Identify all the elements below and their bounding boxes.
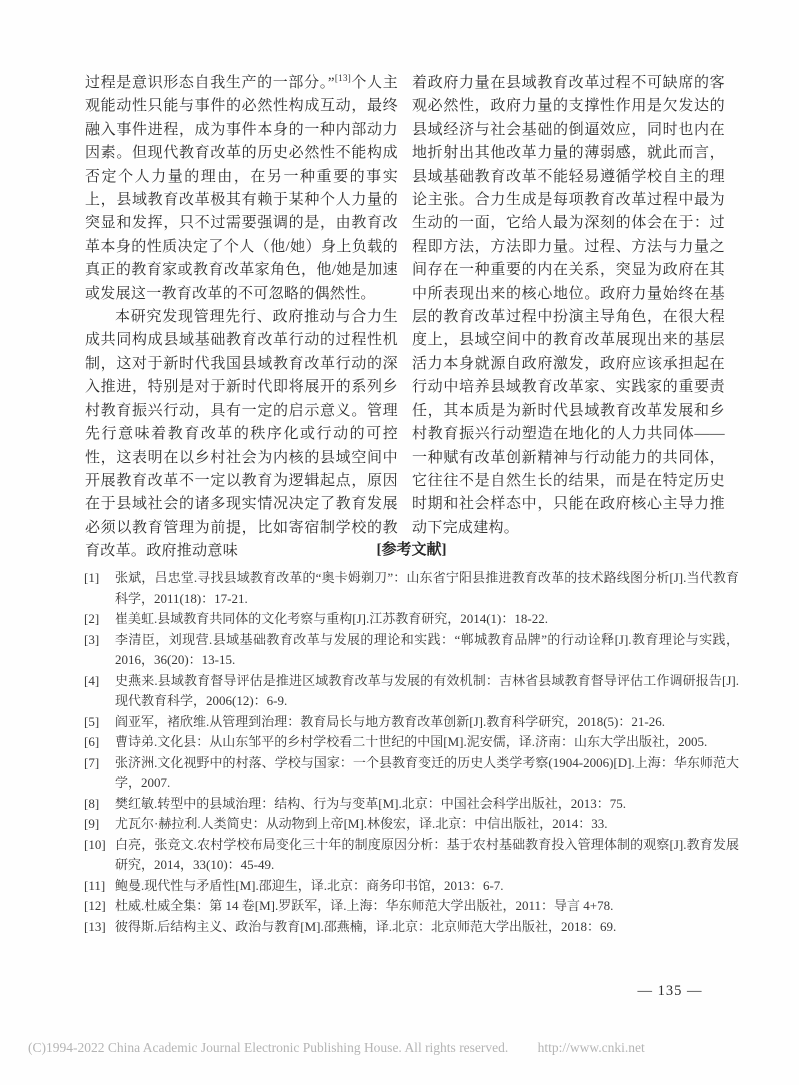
reference-item: [10]白亮，张竞文.农村学校布局变化三十年的制度原因分析：基于农村基础教育投入… [84, 835, 739, 876]
reference-item: [6]曹诗弟.文化县：从山东邹平的乡村学校看二十世纪的中国[M].泥安儒，译.济… [84, 732, 739, 753]
reference-text: 樊红敏.转型中的县域治理：结构、行为与变革[M].北京：中国社会科学出版社，20… [115, 794, 739, 815]
reference-text: 阎亚军，褚欣维.从管理到治理：教育局长与地方教育改革创新[J].教育科学研究，2… [115, 712, 739, 733]
page-number: — 135 — [600, 983, 740, 1000]
copyright-text: (C)1994-2022 China Academic Journal Elec… [28, 1040, 508, 1055]
reference-number: [5] [84, 712, 115, 733]
paragraph-continuation: 着政府力量在县域教育改革过程不可缺席的客观必然性，政府力量的支撑性作用是欠发达的… [412, 72, 725, 540]
references-heading: [参考文献] [84, 538, 739, 559]
reference-text: 尤瓦尔·赫拉利.人类简史：从动物到上帝[M].林俊宏，译.北京：中信出版社，20… [115, 814, 739, 835]
paragraph-text: 个人主观能动性只能与事件的必然性构成互动，最终融入事件进程，成为事件本身的一种内… [85, 75, 398, 302]
reference-item: [5]阎亚军，褚欣维.从管理到治理：教育局长与地方教育改革创新[J].教育科学研… [84, 712, 739, 733]
reference-item: [9]尤瓦尔·赫拉利.人类简史：从动物到上帝[M].林俊宏，译.北京：中信出版社… [84, 814, 739, 835]
reference-number: [3] [84, 630, 115, 671]
reference-number: [13] [84, 917, 115, 938]
reference-item: [12]杜威.杜威全集：第 14 卷[M].罗跃军，译.上海：华东师范大学出版社… [84, 896, 739, 917]
reference-text: 彼得斯.后结构主义、政治与教育[M].邵燕楠，译.北京：北京师范大学出版社，20… [115, 917, 739, 938]
reference-text: 杜威.杜威全集：第 14 卷[M].罗跃军，译.上海：华东师范大学出版社，201… [115, 896, 739, 917]
reference-number: [8] [84, 794, 115, 815]
cnki-url: http://www.cnki.net [538, 1040, 645, 1055]
right-column: 着政府力量在县域教育改革过程不可缺席的客观必然性，政府力量的支撑性作用是欠发达的… [412, 72, 725, 564]
reference-item: [13]彼得斯.后结构主义、政治与教育[M].邵燕楠，译.北京：北京师范大学出版… [84, 917, 739, 938]
paragraph: 本研究发现管理先行、政府推动与合力生成共同构成县域基础教育改革行动的过程性机制，… [85, 306, 398, 563]
reference-text: 张济洲.文化视野中的村落、学校与国家：一个县教育变迁的历史人类学考察(1904-… [115, 753, 739, 794]
scan-footer: (C)1994-2022 China Academic Journal Elec… [28, 1040, 645, 1056]
reference-number: [6] [84, 732, 115, 753]
reference-item: [4]史燕来.县域教育督导评估是推进区域教育改革与发展的有效机制：吉林省县域教育… [84, 671, 739, 712]
reference-item: [1]张斌，吕忠堂.寻找县域教育改革的“奥卡姆剃刀”：山东省宁阳县推进教育改革的… [84, 568, 739, 609]
paragraph-continuation: 过程是意识形态自我生产的一部分。”[13]个人主观能动性只能与事件的必然性构成互… [85, 72, 398, 306]
reference-number: [4] [84, 671, 115, 712]
reference-number: [7] [84, 753, 115, 794]
reference-text: 白亮，张竞文.农村学校布局变化三十年的制度原因分析：基于农村基础教育投入管理体制… [115, 835, 739, 876]
reference-item: [2]崔美虹.县域教育共同体的文化考察与重构[J].江苏教育研究，2014(1)… [84, 609, 739, 630]
reference-item: [7]张济洲.文化视野中的村落、学校与国家：一个县教育变迁的历史人类学考察(19… [84, 753, 739, 794]
reference-text: 鲍曼.现代性与矛盾性[M].邵迎生，译.北京：商务印书馆，2013：6-7. [115, 876, 739, 897]
journal-page: 过程是意识形态自我生产的一部分。”[13]个人主观能动性只能与事件的必然性构成互… [0, 0, 799, 1085]
reference-number: [9] [84, 814, 115, 835]
reference-text: 张斌，吕忠堂.寻找县域教育改革的“奥卡姆剃刀”：山东省宁阳县推进教育改革的技术路… [115, 568, 739, 609]
reference-text: 史燕来.县域教育督导评估是推进区域教育改革与发展的有效机制：吉林省县域教育督导评… [115, 671, 739, 712]
reference-item: [8]樊红敏.转型中的县域治理：结构、行为与变革[M].北京：中国社会科学出版社… [84, 794, 739, 815]
reference-number: [10] [84, 835, 115, 876]
reference-number: [1] [84, 568, 115, 609]
references-section: [参考文献] [1]张斌，吕忠堂.寻找县域教育改革的“奥卡姆剃刀”：山东省宁阳县… [84, 538, 739, 937]
reference-list: [1]张斌，吕忠堂.寻找县域教育改革的“奥卡姆剃刀”：山东省宁阳县推进教育改革的… [84, 568, 739, 937]
citation-superscript: [13] [335, 73, 351, 83]
paragraph-text: 过程是意识形态自我生产的一部分。” [85, 75, 335, 91]
reference-number: [2] [84, 609, 115, 630]
reference-item: [3]李清臣，刘现营.县域基础教育改革与发展的理论和实践：“郸城教育品牌”的行动… [84, 630, 739, 671]
body-text: 过程是意识形态自我生产的一部分。”[13]个人主观能动性只能与事件的必然性构成互… [85, 72, 725, 564]
reference-number: [12] [84, 896, 115, 917]
reference-item: [11]鲍曼.现代性与矛盾性[M].邵迎生，译.北京：商务印书馆，2013：6-… [84, 876, 739, 897]
left-column: 过程是意识形态自我生产的一部分。”[13]个人主观能动性只能与事件的必然性构成互… [85, 72, 398, 564]
reference-text: 曹诗弟.文化县：从山东邹平的乡村学校看二十世纪的中国[M].泥安儒，译.济南：山… [115, 732, 739, 753]
reference-text: 崔美虹.县域教育共同体的文化考察与重构[J].江苏教育研究，2014(1)：18… [115, 609, 739, 630]
reference-text: 李清臣，刘现营.县域基础教育改革与发展的理论和实践：“郸城教育品牌”的行动诠释[… [115, 630, 739, 671]
reference-number: [11] [84, 876, 115, 897]
